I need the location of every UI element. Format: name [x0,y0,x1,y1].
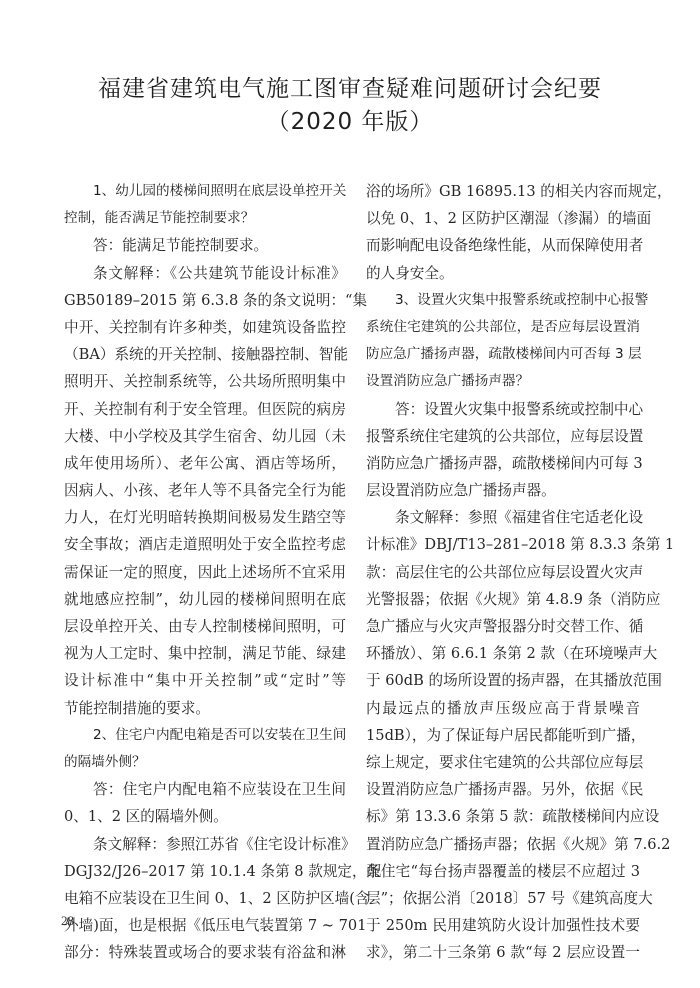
body-text-line: 条文解释：参照《福建省住宅适老化设 [366,504,640,531]
body-text-line: 15dB），为了保证每户居民都能听到广播， [366,722,640,749]
body-text-line: 中开、关控制有许多种类，如建筑设备监控 [64,314,346,341]
page-number: 28 [61,913,74,929]
body-text-line: 内最远点的播放声压级应高于背景噪音 [366,695,640,722]
body-text-line: 成年使用场所）、老年公寓、酒店等场所， [64,450,346,477]
body-text-line: GB50189–2015 第 6.3.8 条的条文说明：“集 [64,287,346,314]
body-text-line: 置消防应急广播扬声器；依据《火规》第 7.6.2 [366,831,640,858]
question-line: 2、住宅户内配电箱是否可以安装在卫生间 [64,722,346,749]
body-text-line: 视为人工定时、集中控制，满足节能、绿建 [64,640,346,667]
body-text-line: 急广播应与火灾声警报器分时交替工作、循 [366,613,640,640]
answer-line: 报警系统住宅建筑的公共部位，应每层设置 [366,423,640,450]
body-text-line: 条文解释：参照江苏省《住宅设计标准》 [64,831,346,858]
answer-line: 答：能满足节能控制要求。 [64,232,346,259]
body-text-line: 条文解释：《公共建筑节能设计标准》 [64,260,346,287]
page-subtitle: （2020 年版） [0,103,700,136]
body-text-line: 浴的场所》GB 16895.13 的相关内容而规定， [366,178,640,205]
body-text-line: 电箱不应装设在卫生间 0、1、2 区防护区墙(含 [64,885,346,912]
body-text-line: 安全事故；酒店走道照明处于安全监控考虑 [64,531,346,558]
body-text-line: 力人，在灯光明暗转换期间极易发生踏空等 [64,504,346,531]
answer-line: 答：住宅户内配电箱不应装设在卫生间 [64,776,346,803]
body-text-line: 环播放）、第 6.6.1 条第 2 款（在环境噪声大 [366,640,640,667]
body-text-line: 条住宅“每台扬声器覆盖的楼层不应超过 3 [366,858,640,885]
body-text-line: 计标准》DBJ/T13–281–2018 第 8.3.3 条第 1 [366,531,640,558]
body-text-line: 层设单控开关、由专人控制楼梯间照明，可 [64,613,346,640]
body-text-line: 以免 0、1、2 区防护区潮湿（渗漏）的墙面 [366,205,640,232]
body-text-line: 部分：特殊装置或场合的要求装有浴盆和淋 [64,939,346,966]
body-text-line: 开、关控制有利于安全管理。但医院的病房 [64,396,346,423]
body-text-line: 需保证一定的照度，因此上述场所不宜采用 [64,559,346,586]
body-text-line: 光警报器；依据《火规》第 4.8.9 条（消防应 [366,586,640,613]
question-line: 设置消防应急广播扬声器？ [366,368,640,395]
body-text-line: 层”；依据公消〔2018〕57 号《建筑高度大 [366,885,640,912]
body-text-line: 综上规定，要求住宅建筑的公共部位应每层 [366,749,640,776]
question-line: 1、幼儿园的楼梯间照明在底层设单控开关 [64,178,346,205]
answer-line: 层设置消防应急广播扬声器。 [366,477,640,504]
body-text-line: DGJ32/J26–2017 第 10.1.4 条第 8 款规定，配 [64,858,346,885]
question-line: 控制，能否满足节能控制要求？ [64,205,346,232]
body-text-line: 设置消防应急广播扬声器。另外，依据《民 [366,776,640,803]
answer-line: 答：设置火灾集中报警系统或控制中心 [366,396,640,423]
body-text-line: 大楼、中小学校及其学生宿舍、幼儿园（未 [64,423,346,450]
right-text-column: 浴的场所》GB 16895.13 的相关内容而规定，以免 0、1、2 区防护区潮… [366,178,640,966]
body-text-line: 因病人、小孩、老年人等不具备完全行为能 [64,477,346,504]
body-text-line: 外墙)面，也是根据《低压电气装置第 7 ~ 701 [64,912,346,939]
left-text-column: 1、幼儿园的楼梯间照明在底层设单控开关控制，能否满足节能控制要求？答：能满足节能… [64,178,346,966]
question-line: 3、设置火灾集中报警系统或控制中心报警 [366,287,640,314]
body-text-line: 款：高层住宅的公共部位应每层设置火灾声 [366,559,640,586]
body-text-line: 求》，第二十三条第 6 款“每 2 层应设置一 [366,939,640,966]
document-page: 福建省建筑电气施工图审查疑难问题研讨会纪要 （2020 年版） 1、幼儿园的楼梯… [0,0,700,988]
body-text-line: 标》第 13.3.6 条第 5 款：疏散楼梯间内应设 [366,803,640,830]
page-title: 福建省建筑电气施工图审查疑难问题研讨会纪要 [0,70,700,103]
body-text-line: 就地感应控制”，幼儿园的楼梯间照明在底 [64,586,346,613]
body-text-line: 的人身安全。 [366,260,640,287]
body-text-line: 节能控制措施的要求。 [64,695,346,722]
answer-line: 消防应急广播扬声器，疏散楼梯间内可每 3 [366,450,640,477]
body-text-line: 而影响配电设备绝缘性能，从而保障使用者 [366,232,640,259]
answer-line: 0、1、2 区的隔墙外侧。 [64,803,346,830]
body-text-line: 设计标准中“集中开关控制”或“定时”等 [64,667,346,694]
question-line: 系统住宅建筑的公共部位，是否应每层设置消 [366,314,640,341]
body-text-line: 于 60dB 的场所设置的扬声器，在其播放范围 [366,667,640,694]
body-text-line: 于 250m 民用建筑防火设计加强性技术要 [366,912,640,939]
question-line: 的隔墙外侧？ [64,749,346,776]
question-line: 防应急广播扬声器，疏散楼梯间内可否每 3 层 [366,341,640,368]
body-text-line: （BA）系统的开关控制、接触器控制、智能 [64,341,346,368]
body-text-line: 照明开、关控制系统等，公共场所照明集中 [64,368,346,395]
